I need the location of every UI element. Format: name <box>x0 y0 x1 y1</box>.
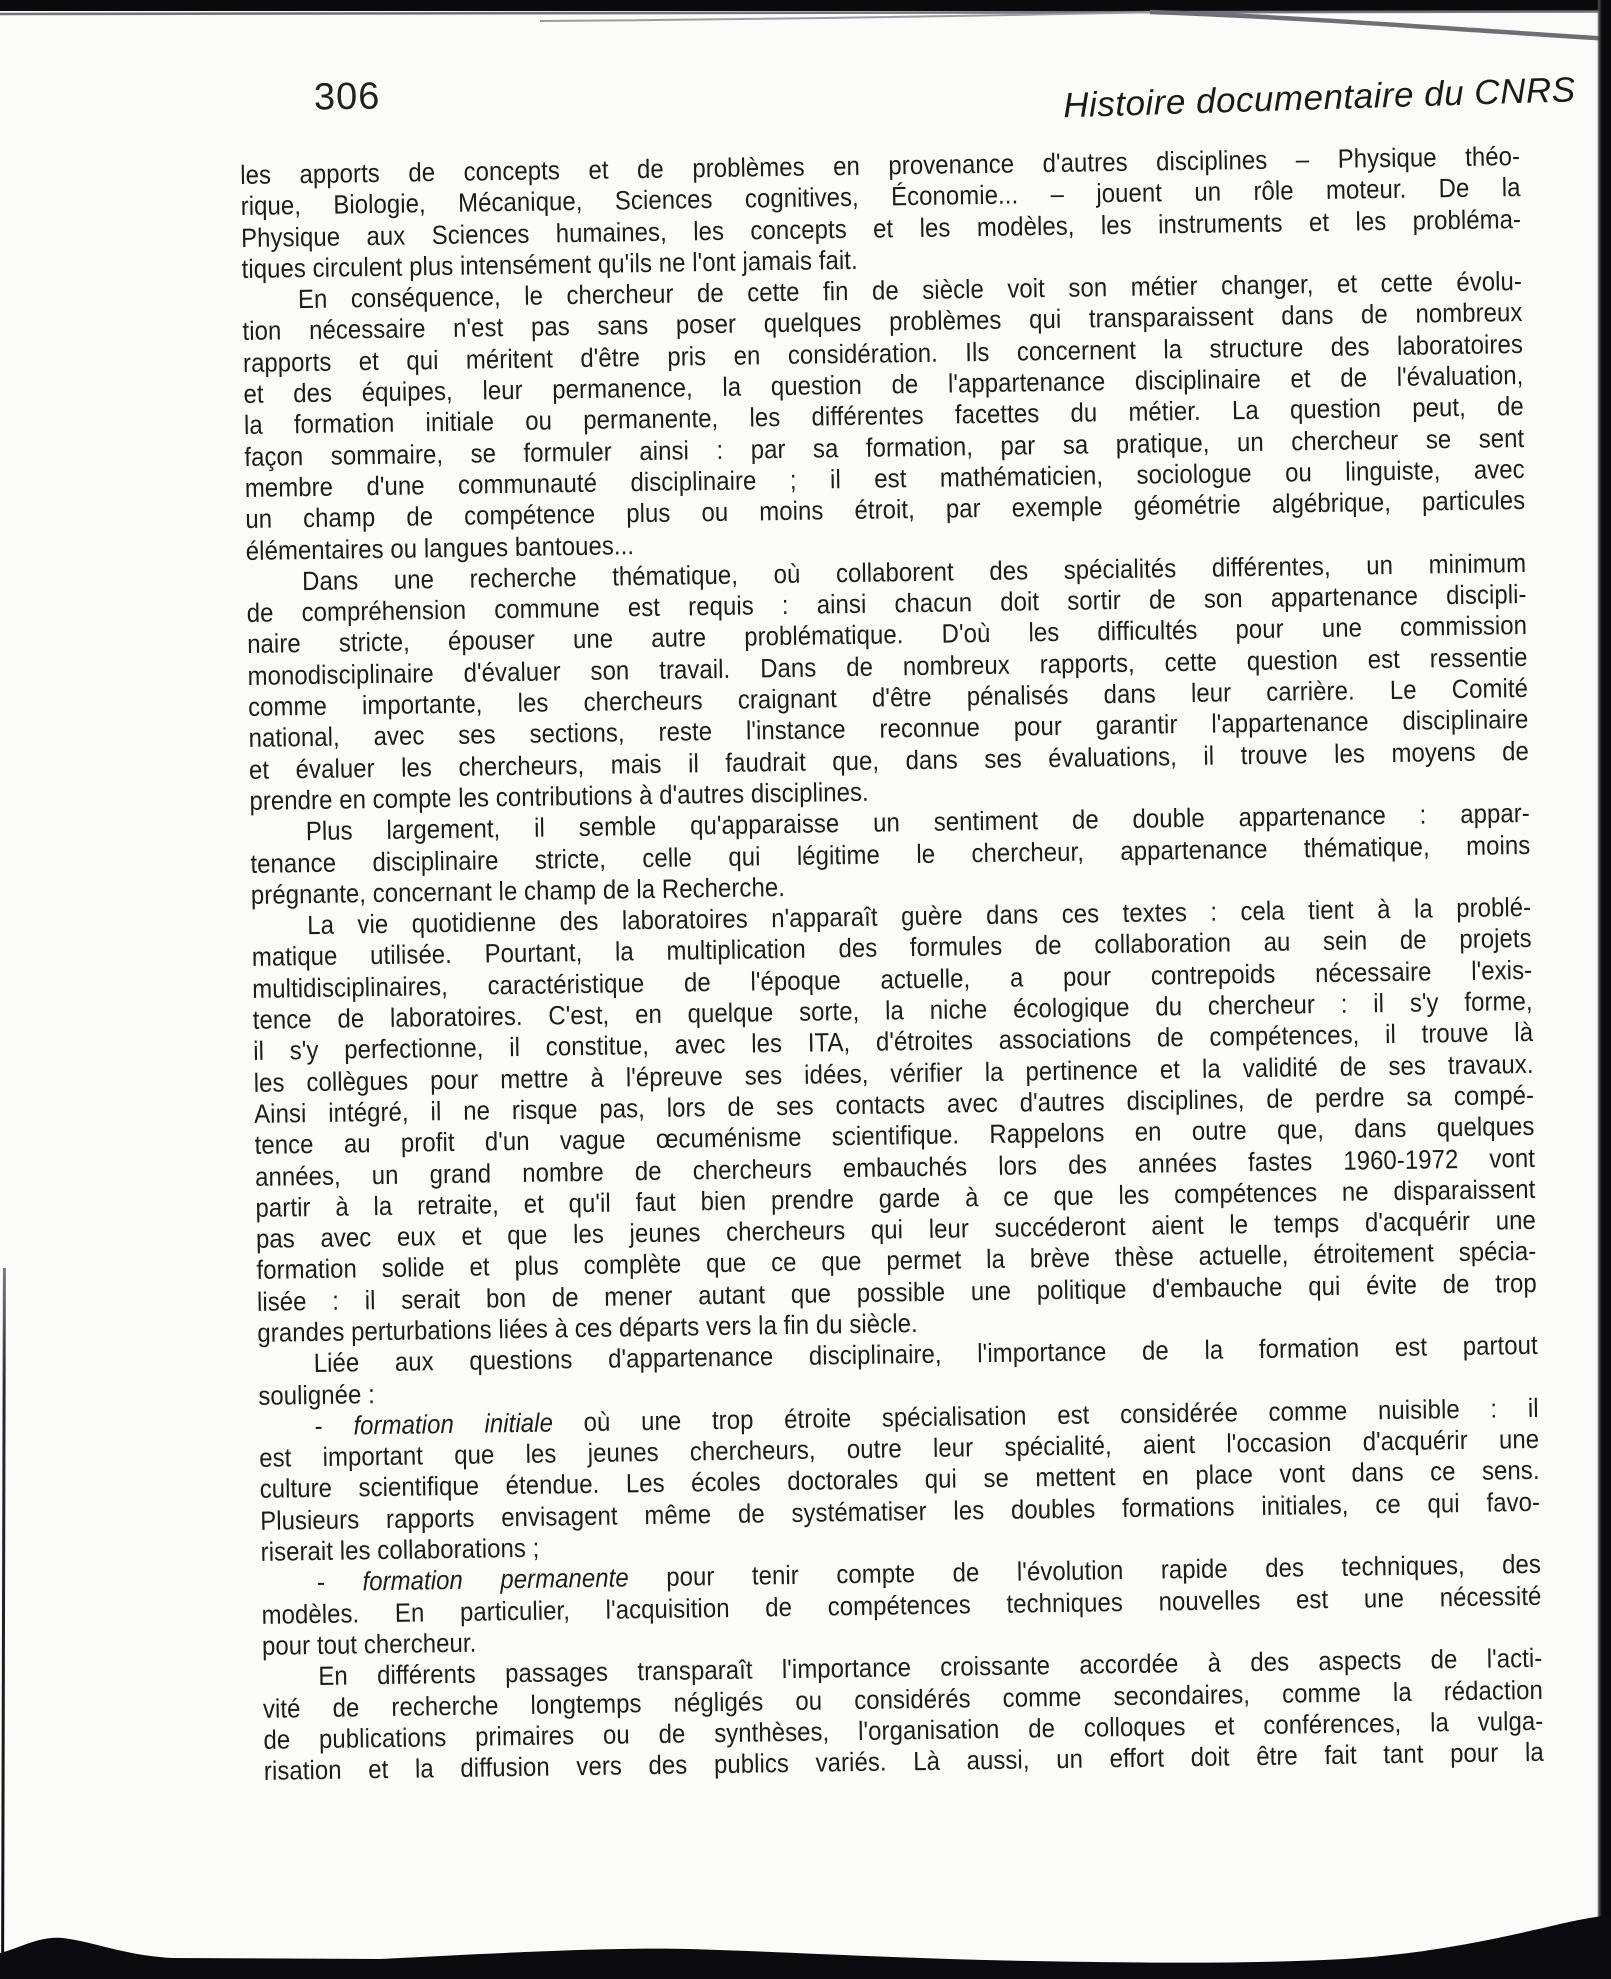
italic-run: formation permanente <box>362 1563 629 1597</box>
paragraph: les apports de concepts et de problèmes … <box>240 141 1522 285</box>
scan-edge-right <box>1597 0 1611 1979</box>
text-run: - <box>314 1410 353 1441</box>
paragraph: - formation initiale où une trop étroite… <box>259 1393 1541 1568</box>
paragraph: Dans une recherche thématique, où collab… <box>246 548 1530 817</box>
scan-edge-top <box>0 0 1611 46</box>
scan-edge-left <box>1 1268 6 1968</box>
page-number: 306 <box>314 76 381 120</box>
text-run: - <box>317 1567 363 1598</box>
paragraph: En conséquence, le chercheur de cette fi… <box>242 266 1526 567</box>
scanned-book-page: 306 Histoire documentaire du CNRS les ap… <box>0 0 1611 1979</box>
text-block: les apports de concepts et de problèmes … <box>240 141 1544 1787</box>
italic-run: formation initiale <box>353 1407 553 1440</box>
paragraph: En différents passages transparaît l'imp… <box>262 1643 1544 1787</box>
scan-edge-bottom <box>0 1909 1611 1979</box>
running-title: Histoire documentaire du CNRS <box>1063 72 1519 126</box>
paragraph: La vie quotidienne des laboratoires n'ap… <box>251 892 1537 1349</box>
